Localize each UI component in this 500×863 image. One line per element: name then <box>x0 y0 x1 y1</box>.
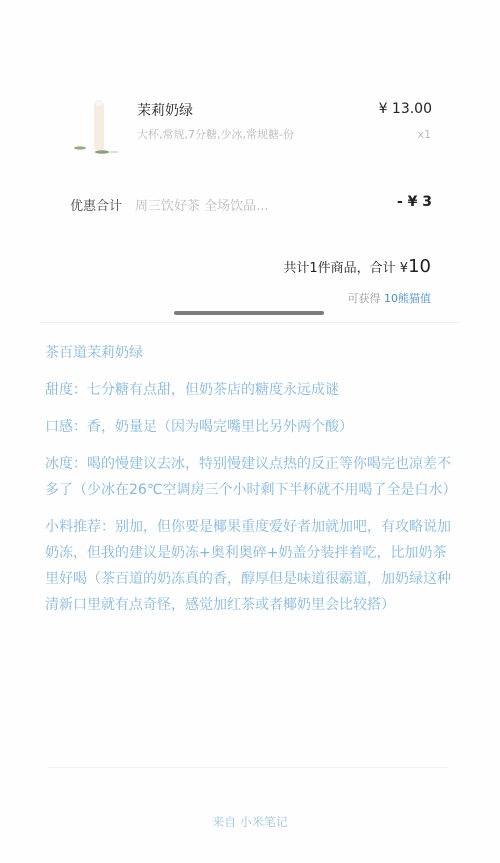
discount-row[interactable]: 优惠合计 周三饮好茶 全场饮品... - ¥ 3 <box>70 195 432 217</box>
image-scroll-indicator <box>174 311 324 315</box>
note-paragraph-ice: 冰度：喝的慢建议去冰，特别慢建议点热的反正等你喝完也凉差不多了（少冰在26℃空调… <box>45 451 455 503</box>
order-product-row[interactable]: 茉莉奶绿 大杯,常规,7分糖,少冰,常规糖-份 ¥ 13.00 x1 <box>60 96 440 156</box>
points-value: 10熊猫值 <box>384 292 431 305</box>
product-quantity: x1 <box>417 128 431 141</box>
discount-label: 优惠合计 <box>70 195 122 214</box>
source-footer: 来自 小米笔记 <box>0 813 500 830</box>
discount-amount: - ¥ 3 <box>397 194 432 210</box>
points-reward: 可获得 10熊猫值 <box>348 290 432 306</box>
divider <box>48 767 448 768</box>
points-prefix: 可获得 <box>348 292 385 305</box>
divider <box>40 322 460 323</box>
product-price: ¥ 13.00 <box>379 101 432 117</box>
product-name: 茉莉奶绿 <box>137 100 193 120</box>
note-paragraph-sweetness: 甜度：七分糖有点甜，但奶茶店的糖度永远成谜 <box>45 377 455 403</box>
note-body[interactable]: 茶百道茉莉奶绿 甜度：七分糖有点甜，但奶茶店的糖度永远成谜 口感：香，奶量足（因… <box>45 340 455 629</box>
discount-description: 周三饮好茶 全场饮品... <box>135 195 269 214</box>
milk-tea-cup-image <box>70 98 124 156</box>
total-amount: 10 <box>408 256 431 277</box>
order-total: 共计1件商品，合计 ¥10 <box>283 256 431 277</box>
note-title: 茶百道茉莉奶绿 <box>45 340 455 366</box>
product-spec: 大杯,常规,7分糖,少冰,常规糖-份 <box>137 126 294 142</box>
total-prefix: 共计1件商品，合计 ¥ <box>283 261 408 276</box>
note-paragraph-toppings: 小料推荐：别加，但你要是椰果重度爱好者加就加吧，有攻略说加奶冻，但我的建议是奶冻… <box>45 514 455 618</box>
note-paragraph-taste: 口感：香，奶量足（因为喝完嘴里比另外两个酸） <box>45 414 455 440</box>
note-page: 茉莉奶绿 大杯,常规,7分糖,少冰,常规糖-份 ¥ 13.00 x1 优惠合计 … <box>0 0 500 863</box>
